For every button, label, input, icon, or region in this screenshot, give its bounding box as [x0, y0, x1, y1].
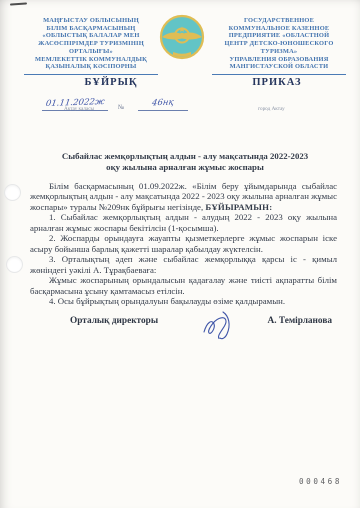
signer-name: А. Темірланова: [268, 316, 333, 326]
title-line-1: Сыбайлас жемқорлықтың алдын - алу мақсат…: [36, 151, 334, 162]
scanned-order-page: МАҢҒЫСТАУ ОБЛЫСЫНЫҢ БІЛІМ БАСҚАРМАСЫНЫҢ …: [0, 0, 360, 508]
place-label-russian: город Актау: [258, 106, 285, 112]
doc-type-russian: ПРИКАЗ: [233, 77, 321, 88]
place-label-kazakh: Ақтау қаласы: [50, 106, 108, 112]
intro-directive: БҰЙЫРАМЫН:: [205, 202, 272, 212]
hole-punch: [6, 256, 23, 273]
org-kk-line: БІЛІМ БАСҚАРМАСЫНЫҢ: [24, 25, 158, 33]
intro-text: Білім басқармасының 01.09.2022ж. «Білім …: [30, 181, 337, 212]
signature-block: Орталық директоры А. Темірланова: [70, 316, 332, 345]
number-field: 46нқ: [138, 92, 188, 111]
org-kk-line: ЖАСӨСПІРІМДЕР ТУРИЗМІНІҢ: [24, 40, 158, 48]
hole-punch: [4, 184, 21, 201]
scan-artifact-dash: [10, 2, 27, 5]
org-kk-line: «ОБЛЫСТЫҚ БАЛАЛАР МЕН: [24, 32, 158, 40]
document-body: Білім басқармасының 01.09.2022ж. «Білім …: [30, 181, 337, 306]
org-kk-line: ОРТАЛЫҒЫ»: [24, 48, 158, 56]
org-ru-line: ПРЕДПРИЯТИЕ «ОБЛАСТНОЙ: [212, 32, 346, 40]
org-kk-line: ҚАЗЫНАЛЫҚ КӘСІПОРНЫ: [24, 63, 158, 71]
kazakhstan-emblem-icon: [158, 11, 206, 63]
intro-paragraph: Білім басқармасының 01.09.2022ж. «Білім …: [30, 181, 337, 212]
org-kk-line: МАҢҒЫСТАУ ОБЛЫСЫНЫҢ: [24, 17, 158, 25]
order-item-3: 3. Орталықтың әдеп және сыбайлас жемқорл…: [30, 254, 337, 275]
handwritten-number: 46нқ: [152, 98, 175, 109]
org-kk-line: МЕМЛЕКЕТТІК КОММУНАЛДЫҚ: [24, 56, 158, 64]
org-name-russian: ГОСУДАРСТВЕННОЕ КОММУНАЛЬНОЕ КАЗЕННОЕ ПР…: [212, 17, 346, 75]
org-ru-line: ЦЕНТР ДЕТСКО-ЮНОШЕСКОГО: [212, 40, 346, 48]
order-item-2: 2. Жоспарды орындауға жауапты қызметкерл…: [30, 233, 337, 254]
number-sign: №: [118, 104, 124, 111]
org-name-kazakh: МАҢҒЫСТАУ ОБЛЫСЫНЫҢ БІЛІМ БАСҚАРМАСЫНЫҢ …: [24, 17, 158, 75]
signer-position: Орталық директоры: [70, 316, 158, 326]
org-ru-line: ГОСУДАРСТВЕННОЕ: [212, 17, 346, 25]
signature-icon: [202, 310, 238, 345]
org-ru-line: ТУРИЗМА»: [212, 48, 346, 56]
order-item-4: 4. Осы бұйрықтың орындалуын бақылауды өз…: [30, 296, 337, 306]
order-item-1: 1. Сыбайлас жемқорлықтың алдын - алудың …: [30, 212, 337, 233]
doc-type-kazakh: БҰЙРЫҚ: [68, 77, 154, 88]
document-title: Сыбайлас жемқорлықтың алдын - алу мақсат…: [36, 151, 334, 173]
order-item-3-subtext: Жұмыс жоспарының орындалысын қадағалау ж…: [30, 275, 337, 296]
title-line-2: оқу жылына арналған жұмыс жоспары: [36, 162, 334, 173]
org-ru-line: МАНГИСТАУСКОЙ ОБЛАСТИ: [212, 63, 346, 71]
stamp-number: 000468: [299, 477, 342, 486]
